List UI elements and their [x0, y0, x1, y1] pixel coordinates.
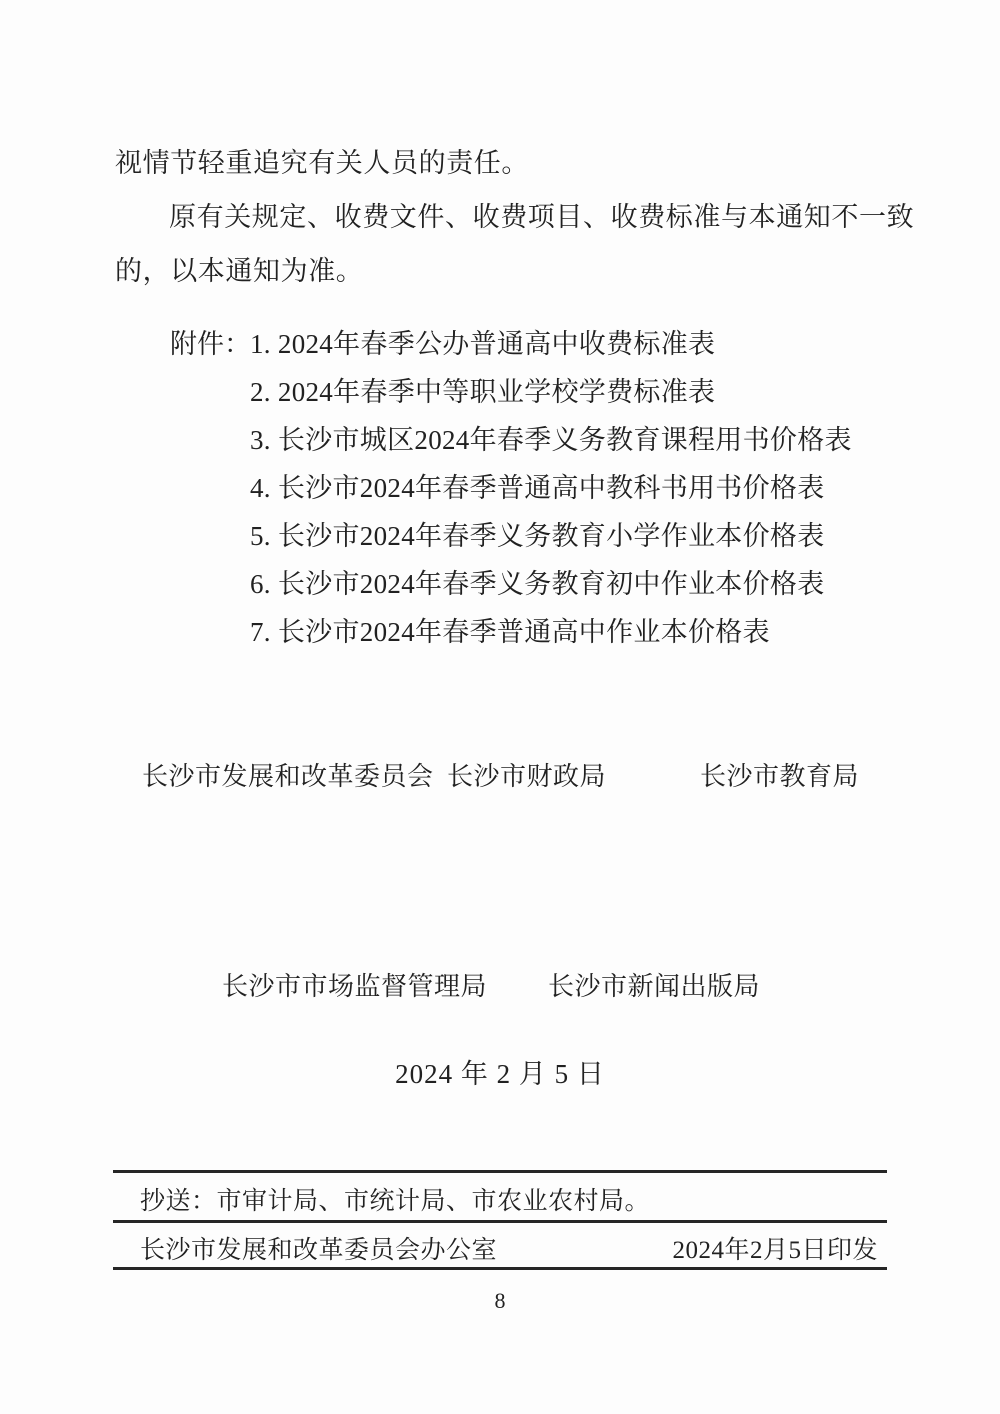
- signature-row-1: 长沙市发展和改革委员会 长沙市财政局 长沙市教育局: [0, 756, 1000, 792]
- attachment-item-3: 3. 长沙市城区2024年春季义务教育课程用书价格表: [250, 416, 852, 464]
- page-number: 8: [0, 1288, 1000, 1314]
- signing-org-finance: 长沙市财政局: [447, 756, 606, 793]
- cc-line: 抄送：市审计局、市统计局、市农业农村局。: [140, 1181, 650, 1217]
- document-page: 视情节轻重追究有关人员的责任。 原有关规定、收费文件、收费项目、收费标准与本通知…: [0, 0, 1000, 1414]
- footer-divider-top: [113, 1170, 887, 1173]
- paragraph-line-1: 视情节轻重追究有关人员的责任。: [115, 136, 890, 190]
- issuing-office-row: 长沙市发展和改革委员会办公室 2024年2月5日印发: [140, 1230, 878, 1266]
- attachment-item-7: 7. 长沙市2024年春季普通高中作业本价格表: [250, 608, 852, 656]
- print-date: 2024年2月5日印发: [672, 1230, 878, 1266]
- document-date: 2024 年 2 月 5 日: [0, 1052, 1000, 1091]
- signing-org-development-reform: 长沙市发展和改革委员会: [142, 756, 434, 793]
- attachment-item-4: 4. 长沙市2024年春季普通高中教科书用书价格表: [250, 464, 852, 512]
- attachment-item-5: 5. 长沙市2024年春季义务教育小学作业本价格表: [250, 512, 852, 560]
- signing-org-education: 长沙市教育局: [700, 756, 859, 793]
- footer-divider-middle: [113, 1220, 887, 1223]
- attachments-label: 附件：: [170, 320, 250, 368]
- signing-org-market-supervision: 长沙市市场监督管理局: [222, 966, 487, 1003]
- signing-org-press-publication: 长沙市新闻出版局: [548, 966, 760, 1003]
- attachments-block: 附件： 1. 2024年春季公办普通高中收费标准表 2. 2024年春季中等职业…: [170, 320, 852, 656]
- body-text-block: 视情节轻重追究有关人员的责任。 原有关规定、收费文件、收费项目、收费标准与本通知…: [115, 136, 890, 298]
- attachment-item-2: 2. 2024年春季中等职业学校学费标准表: [250, 368, 852, 416]
- attachments-list: 1. 2024年春季公办普通高中收费标准表 2. 2024年春季中等职业学校学费…: [250, 320, 852, 656]
- attachment-item-1: 1. 2024年春季公办普通高中收费标准表: [250, 320, 852, 368]
- paragraph-line-3: 的，以本通知为准。: [115, 244, 890, 298]
- signature-row-2: 长沙市市场监督管理局 长沙市新闻出版局: [0, 966, 1000, 1002]
- paragraph-line-2: 原有关规定、收费文件、收费项目、收费标准与本通知不一致: [115, 190, 890, 244]
- attachment-item-6: 6. 长沙市2024年春季义务教育初中作业本价格表: [250, 560, 852, 608]
- issuing-office: 长沙市发展和改革委员会办公室: [140, 1230, 497, 1266]
- footer-divider-bottom: [113, 1267, 887, 1270]
